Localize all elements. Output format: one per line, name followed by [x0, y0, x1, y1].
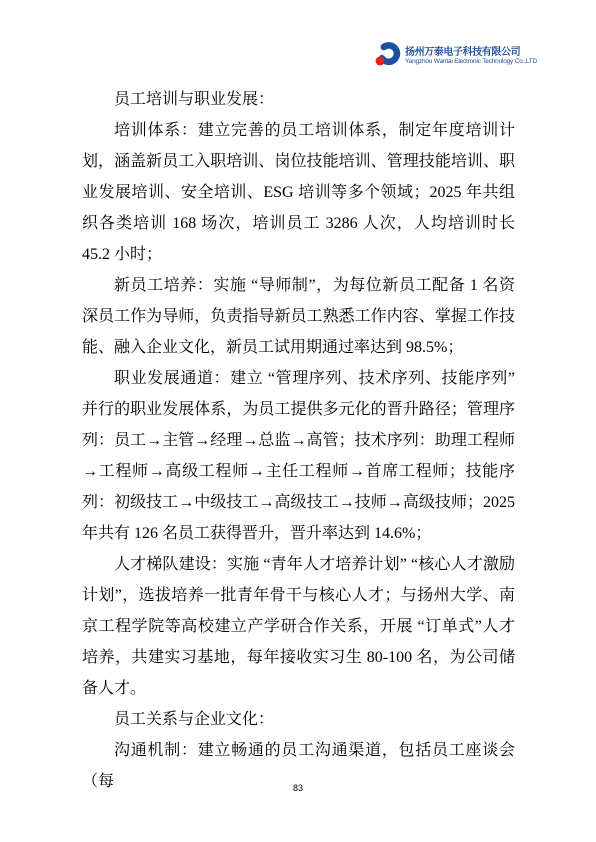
- document-body: 员工培训与职业发展： 培训体系：建立完善的员工培训体系，制定年度培训计划，涵盖新…: [82, 84, 515, 797]
- company-name-zh: 扬州万泰电子科技有限公司: [405, 47, 537, 58]
- company-name-en: Yangzhou Wantai Electronic Technology Co…: [405, 58, 537, 66]
- section-heading-training: 员工培训与职业发展：: [82, 84, 515, 115]
- page-number: 83: [293, 783, 303, 793]
- company-header: 扬州万泰电子科技有限公司 Yangzhou Wantai Electronic …: [374, 40, 520, 68]
- page-footer: 83: [0, 778, 596, 796]
- document-page: 扬州万泰电子科技有限公司 Yangzhou Wantai Electronic …: [0, 0, 596, 842]
- paragraph-career-development: 职业发展通道：建立 “管理序列、技术序列、技能序列”并行的职业发展体系，为员工提…: [82, 363, 515, 549]
- company-name-block: 扬州万泰电子科技有限公司 Yangzhou Wantai Electronic …: [405, 40, 537, 66]
- paragraph-talent-pipeline: 人才梯队建设：实施 “青年人才培养计划” “核心人才激励计划”，选拔培养一批青年…: [82, 549, 515, 704]
- section-heading-employee-relations: 员工关系与企业文化：: [82, 704, 515, 735]
- paragraph-new-employee-mentoring: 新员工培养：实施 “导师制”，为每位新员工配备 1 名资深员工作为导师，负责指导…: [82, 270, 515, 363]
- paragraph-training-system: 培训体系：建立完善的员工培训体系，制定年度培训计划，涵盖新员工入职培训、岗位技能…: [82, 115, 515, 270]
- company-logo-icon: [374, 40, 402, 68]
